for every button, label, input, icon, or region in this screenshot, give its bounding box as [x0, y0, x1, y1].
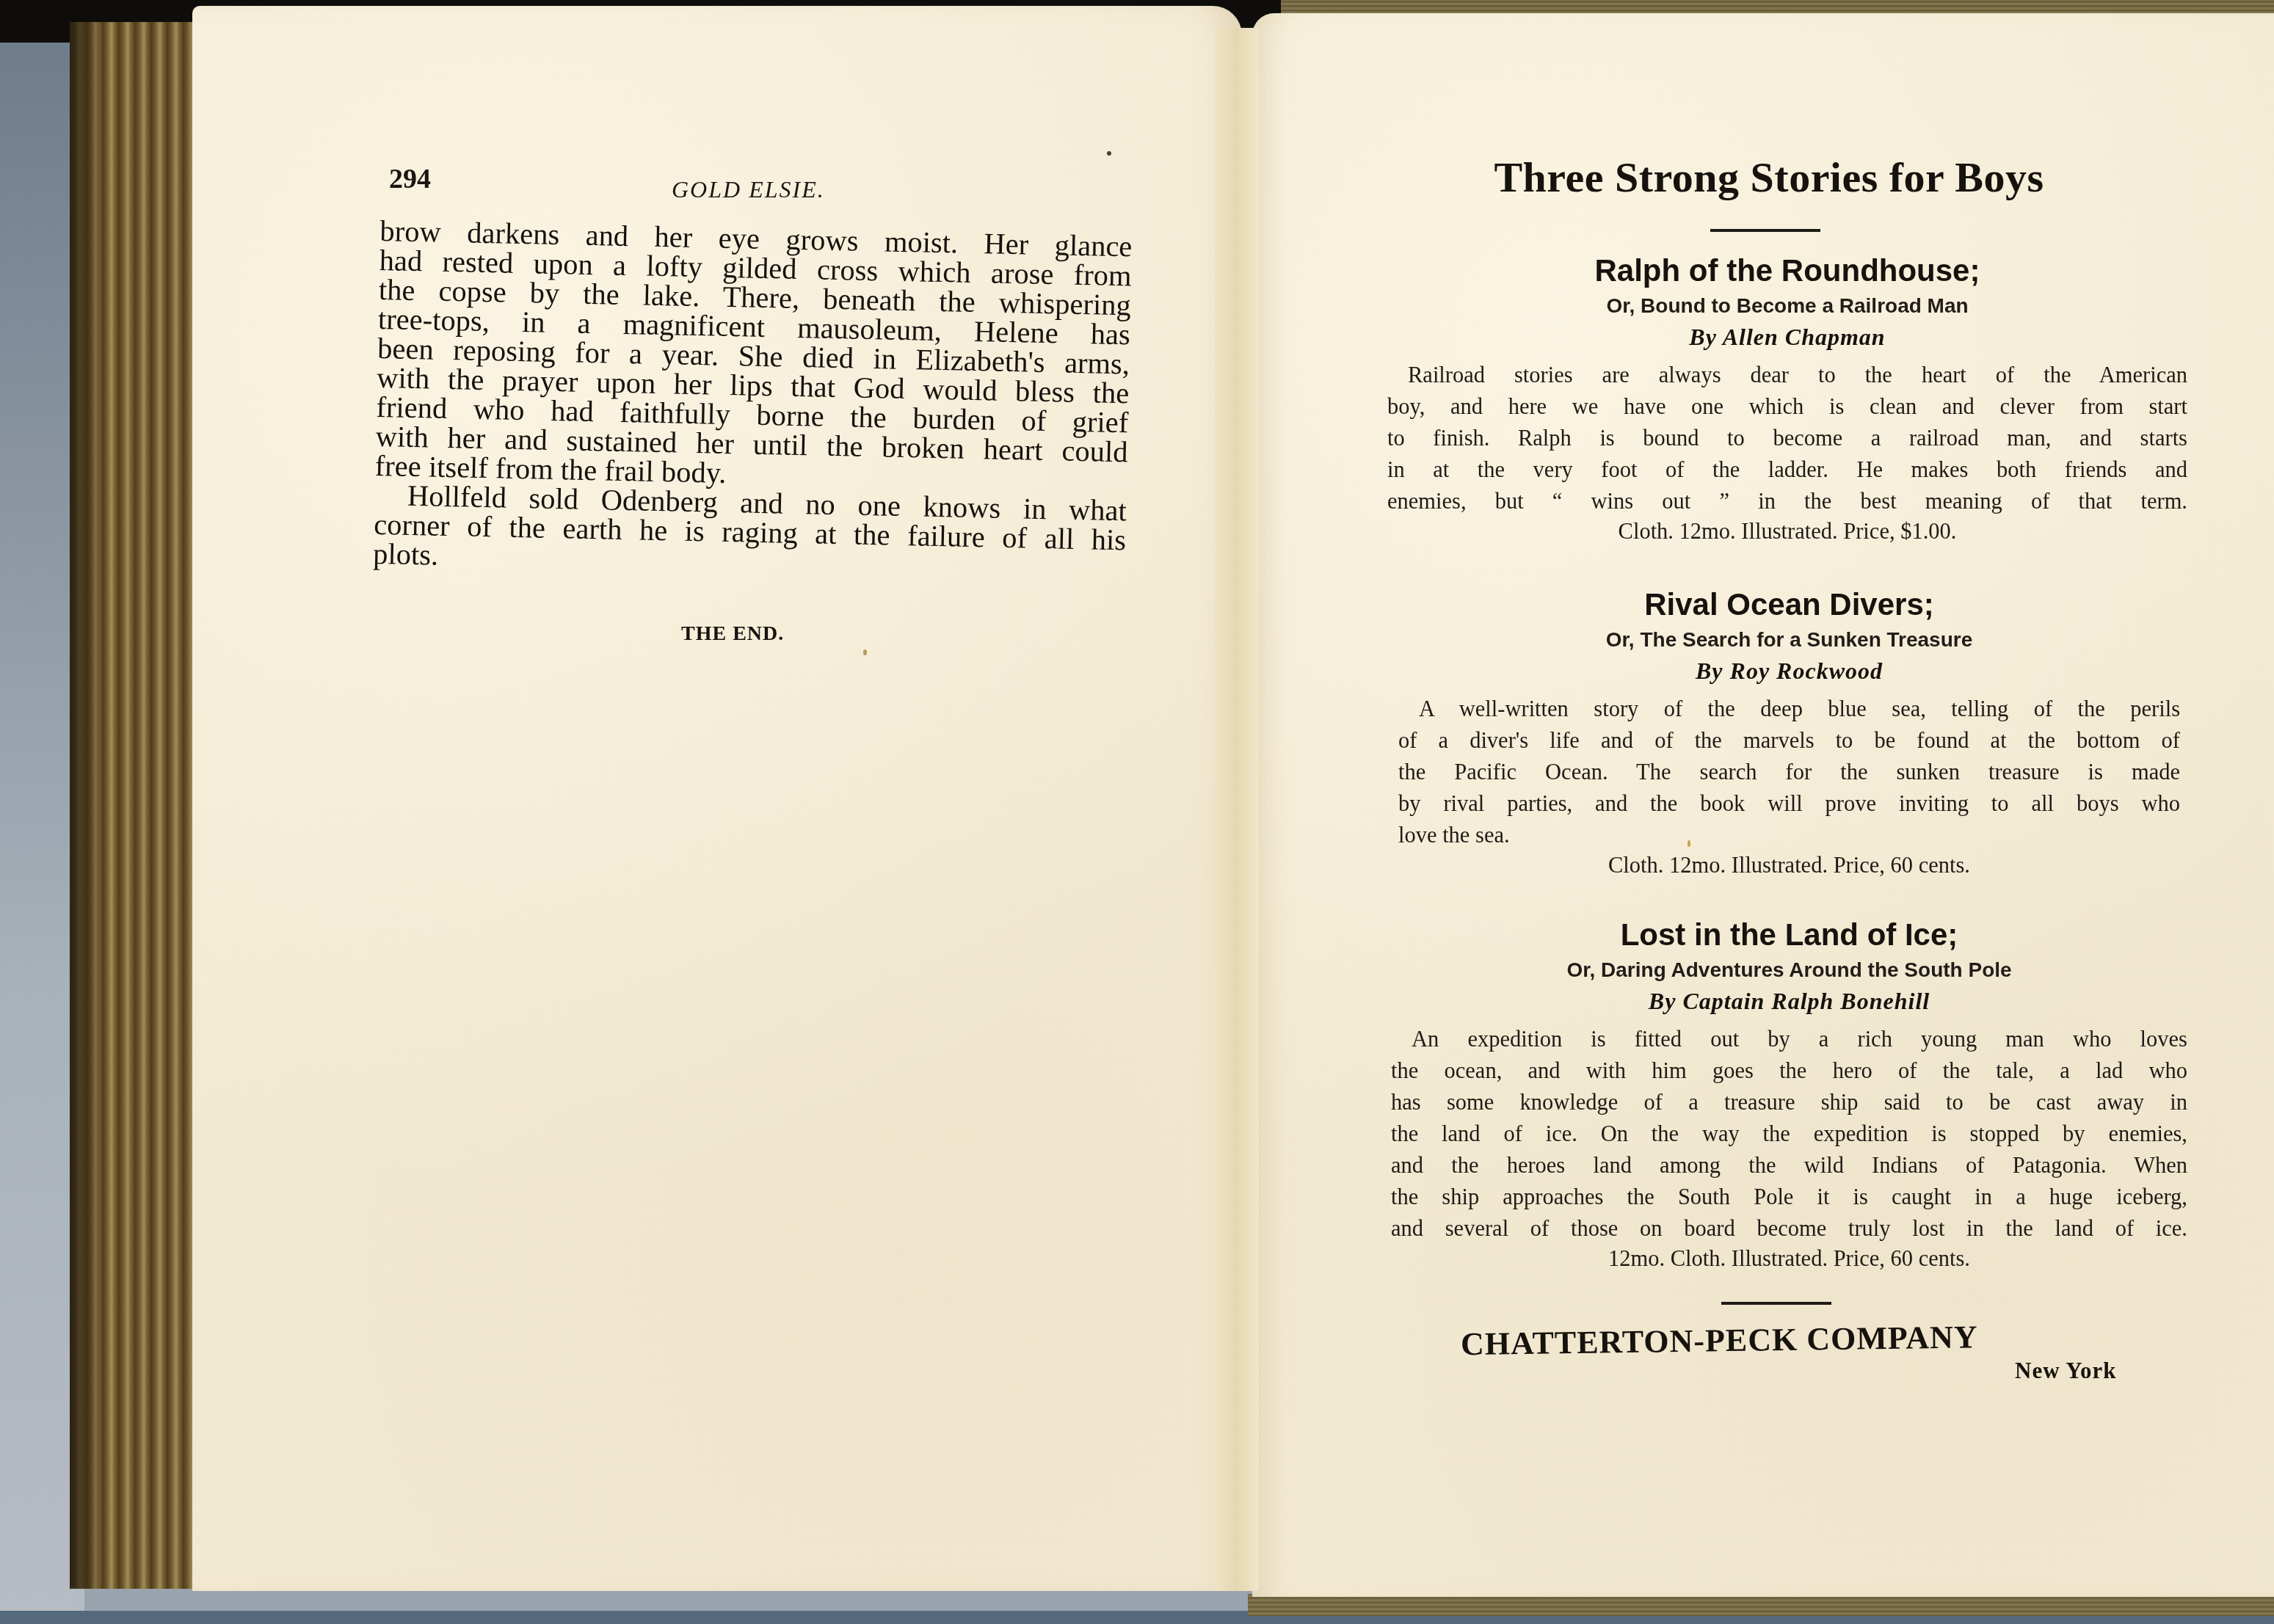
page-block-edge [70, 22, 198, 1589]
running-head: GOLD ELSIE. [672, 176, 825, 203]
text-line: Railroad stories are always dear to the … [1387, 360, 2187, 391]
book-title: Rival Ocean Divers; [1398, 587, 2180, 622]
book-listing: Rival Ocean Divers; Or, The Search for a… [1398, 587, 2180, 878]
book-description: Railroad stories are always dear to the … [1387, 360, 2187, 517]
book-title: Ralph of the Roundhouse; [1387, 253, 2187, 288]
paragraph: Hollfeld sold Odenberg and no one knows … [373, 481, 1127, 584]
paper-speck [1107, 151, 1111, 156]
book-subtitle: Or, Bound to Become a Railroad Man [1387, 294, 2187, 318]
book-listing: Ralph of the Roundhouse; Or, Bound to Be… [1387, 253, 2187, 545]
book-description: A well-written story of the deep blue se… [1398, 693, 2180, 851]
text-line: the land of ice. On the way the expediti… [1391, 1118, 2187, 1150]
text-line: has some knowledge of a treasure ship sa… [1391, 1087, 2187, 1118]
divider-rule [1721, 1302, 1831, 1305]
text-line: A well-written story of the deep blue se… [1398, 693, 2180, 725]
advert-heading: Three Strong Stories for Boys [1446, 153, 2092, 202]
book-description: An expedition is fitted out by a rich yo… [1391, 1024, 2187, 1245]
text-line: the ship approaches the South Pole it is… [1391, 1181, 2187, 1213]
text-line: the ocean, and with him goes the hero of… [1391, 1055, 2187, 1087]
book-listing: Lost in the Land of Ice; Or, Daring Adve… [1391, 917, 2187, 1272]
book-price-info: 12mo. Cloth. Illustrated. Price, 60 cent… [1391, 1246, 2187, 1272]
text-line: in at the very foot of the ladder. He ma… [1387, 454, 2187, 486]
text-line: An expedition is fitted out by a rich yo… [1391, 1024, 2187, 1055]
book-title: Lost in the Land of Ice; [1391, 917, 2187, 953]
text-line: to finish. Ralph is bound to become a ra… [1387, 423, 2187, 454]
text-line: enemies, but “ wins out ” in the best me… [1387, 486, 2187, 517]
left-page-body: brow darkens and her eye grows moist. He… [373, 216, 1133, 584]
book-subtitle: Or, The Search for a Sunken Treasure [1398, 628, 2180, 652]
the-end-colophon: THE END. [681, 622, 784, 646]
text-line: the Pacific Ocean. The search for the su… [1398, 757, 2180, 788]
text-line: and several of those on board become tru… [1391, 1213, 2187, 1245]
text-line: love the sea. [1398, 820, 2180, 851]
book-binding-bottom [1248, 1594, 2274, 1616]
book-author: By Captain Ralph Bonehill [1391, 988, 2187, 1015]
page-number: 294 [389, 163, 431, 195]
book-author: By Allen Chapman [1387, 324, 2187, 351]
book-gutter [1215, 28, 1259, 1591]
left-page-header: 294 GOLD ELSIE. [389, 163, 1138, 207]
paragraph: brow darkens and her eye grows moist. He… [374, 216, 1132, 496]
divider-rule [1710, 229, 1820, 232]
paper-speck [1688, 840, 1690, 847]
text-line: of a diver's life and of the marvels to … [1398, 725, 2180, 757]
paper-speck [863, 649, 867, 655]
book-subtitle: Or, Daring Adventures Around the South P… [1391, 958, 2187, 982]
text-line: by rival parties, and the book will prov… [1398, 788, 2180, 820]
book-author: By Roy Rockwood [1398, 658, 2180, 685]
book-price-info: Cloth. 12mo. Illustrated. Price, 60 cent… [1398, 853, 2180, 878]
book-binding-top [1281, 0, 2274, 15]
book-price-info: Cloth. 12mo. Illustrated. Price, $1.00. [1387, 519, 2187, 545]
text-line: and the heroes land among the wild India… [1391, 1150, 2187, 1181]
publisher-city: New York [2015, 1358, 2117, 1384]
text-line: boy, and here we have one which is clean… [1387, 391, 2187, 423]
